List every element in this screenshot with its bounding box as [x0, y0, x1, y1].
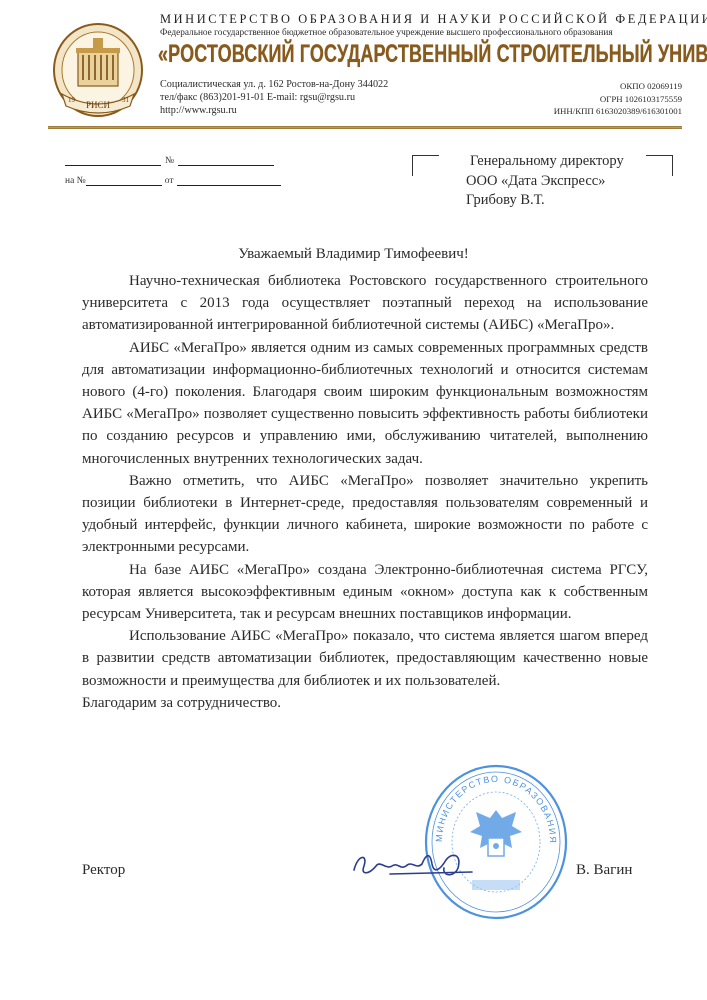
addressee-position: Генеральному директору: [466, 152, 624, 172]
reference-fields: № на № от: [65, 146, 281, 186]
signatory-title: Ректор: [82, 862, 125, 879]
inn-kpp-code: ИНН/КПП 6163020389/616301001: [554, 105, 682, 118]
svg-text:РИСИ: РИСИ: [86, 100, 111, 110]
number-blank: [178, 153, 274, 166]
signatory-name: В. Вагин: [576, 862, 632, 879]
letterhead-divider: [48, 126, 682, 129]
date-blank: [65, 153, 161, 166]
paragraph-3: Важно отметить, что АИБС «МегаПро» позво…: [82, 470, 648, 559]
institution-type: Федеральное государственное бюджетное об…: [160, 28, 613, 38]
double-headed-eagle-icon: [470, 810, 522, 856]
reply-to-label: на №: [65, 176, 86, 186]
university-emblem-icon: РИСИ 19 31: [48, 22, 148, 122]
addressee-bracket-right: [646, 155, 673, 176]
addressee-bracket-left: [412, 155, 439, 176]
closing-line: Благодарим за сотрудничество.: [82, 692, 648, 714]
registration-codes: ОКПО 02069119 ОГРН 1026103175559 ИНН/КПП…: [554, 80, 682, 118]
addressee-name: Грибову В.Т.: [466, 191, 624, 211]
phone-email: тел/факс (863)201-91-01 E-mail: rgsu@rgs…: [160, 91, 388, 104]
university-logo: РИСИ 19 31: [48, 22, 148, 122]
okpo-code: ОКПО 02069119: [554, 80, 682, 93]
date-label: от: [165, 176, 174, 186]
addressee-company: ООО «Дата Экспресс»: [466, 172, 624, 192]
university-name: «РОСТОВСКИЙ ГОСУДАРСТВЕННЫЙ СТРОИТЕЛЬНЫЙ…: [158, 40, 707, 69]
paragraph-1: Научно-техническая библиотека Ростовског…: [82, 270, 648, 337]
letter-body: Научно-техническая библиотека Ростовског…: [82, 270, 648, 714]
ministry-name: МИНИСТЕРСТВО ОБРАЗОВАНИЯ И НАУКИ РОССИЙС…: [160, 12, 707, 27]
reply-number-blank: [86, 173, 162, 186]
paragraph-4: На базе АИБС «МегаПро» создана Электронн…: [82, 559, 648, 626]
outgoing-number-row: №: [65, 146, 281, 166]
svg-text:31: 31: [122, 96, 130, 104]
svg-text:19: 19: [68, 96, 76, 104]
ogrn-code: ОГРН 1026103175559: [554, 93, 682, 106]
paragraph-2: АИБС «МегаПро» является одним из самых с…: [82, 337, 648, 470]
reply-reference-row: на № от: [65, 166, 281, 186]
address: Социалистическая ул. д. 162 Ростов-на-До…: [160, 78, 388, 91]
signature-scribble-icon: [350, 840, 475, 890]
reply-date-blank: [177, 173, 281, 186]
website-link[interactable]: http://www.rgsu.ru: [160, 104, 388, 117]
contact-block: Социалистическая ул. д. 162 Ростов-на-До…: [160, 78, 388, 117]
greeting: Уважаемый Владимир Тимофеевич!: [0, 246, 707, 263]
addressee-block: Генеральному директору ООО «Дата Экспрес…: [466, 152, 624, 211]
number-label: №: [165, 156, 174, 166]
paragraph-5: Использование АИБС «МегаПро» показало, ч…: [82, 625, 648, 692]
handwritten-signature: [350, 840, 475, 890]
